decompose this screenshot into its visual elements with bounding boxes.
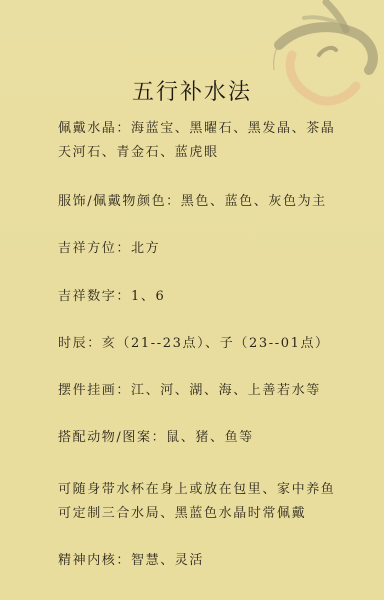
decor-line: 摆件挂画：江、河、湖、海、上善若水等 <box>58 383 321 399</box>
tips-line-1: 可随身带水杯在身上或放在包里、家中养鱼 <box>58 482 335 498</box>
animal-pattern-line: 搭配动物/图案：鼠、猪、鱼等 <box>58 430 254 446</box>
hour-line: 时辰：亥（21--23点）、子（23--01点） <box>58 336 330 352</box>
lucky-number-line: 吉祥数字：1、6 <box>58 289 165 305</box>
crystal-line-2: 天河石、青金石、蓝虎眼 <box>58 145 219 161</box>
tips-line-2: 可定制三合水局、黑蓝色水晶时常佩戴 <box>58 506 306 522</box>
crystal-line-1: 佩戴水晶：海蓝宝、黑曜石、黑发晶、茶晶 <box>58 121 335 137</box>
poster-page: 五行补水法 佩戴水晶：海蓝宝、黑曜石、黑发晶、茶晶 天河石、青金石、蓝虎眼 服饰… <box>0 0 384 600</box>
spirit-core-line: 精神内核：智慧、灵活 <box>58 553 204 569</box>
lucky-direction-line: 吉祥方位：北方 <box>58 241 160 257</box>
clothing-color-line: 服饰/佩戴物颜色：黑色、蓝色、灰色为主 <box>58 194 327 210</box>
page-title: 五行补水法 <box>0 75 384 106</box>
